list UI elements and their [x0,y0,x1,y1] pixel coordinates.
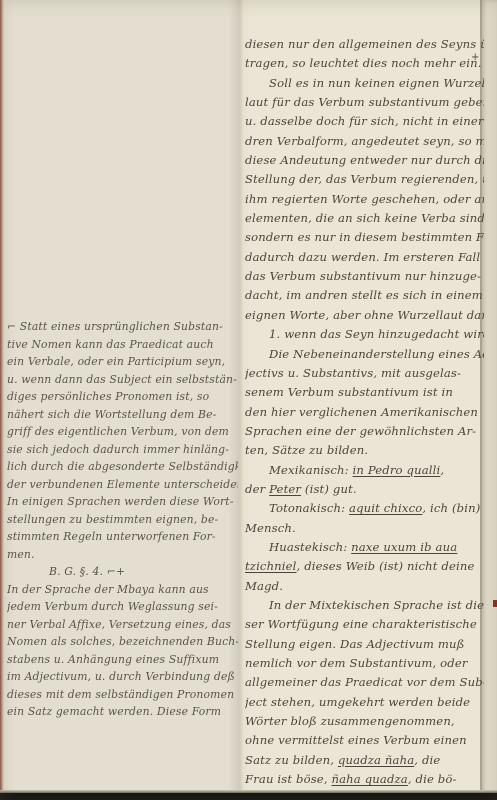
manuscript-line: lich durch die abgesonderte Selbständigk… [7,458,238,476]
manuscript-line: jectivs u. Substantivs, mit ausgelas- [245,364,484,383]
manuscript-line: ein Satz gemacht werden. Diese Form [7,703,238,721]
manuscript-line: stellungen zu bestimmten eignen, be- [7,511,238,529]
manuscript-line: den hier verglichenen Amerikanischen [245,403,484,422]
manuscript-line: stimmten Regeln unterworfenen For- [7,528,238,546]
manuscript-line: ⌐ Statt eines ursprünglichen Substan- [7,318,238,336]
manuscript-line: tive Nomen kann das Praedicat auch [7,336,238,354]
manuscript-line: griff des eigentlichen Verbum, von dem [7,423,238,441]
underlined-phrase: naxe uxum ib aua [351,540,457,554]
manuscript-line: eignen Worte, aber ohne Wurzellaut dar. [245,306,484,325]
underlined-phrase: ñaha quadza [332,772,408,786]
bottom-photo-edge [0,793,497,800]
manuscript-line: ten, Sätze zu bilden. [245,441,484,460]
manuscript-line: Stellung der, das Verbum regierenden, u.… [245,170,484,189]
manuscript-line: Frau ist böse, ñaha quadza, die bö- [245,770,484,789]
manuscript-line: B. G. §. 4. ⌐+ [7,563,238,581]
manuscript-line: men. [7,546,238,564]
manuscript-line: ner Verbal Affixe, Versetzung eines, das [7,616,238,634]
page-edge-strip [482,0,497,794]
manuscript-line: senem Verbum substantivum ist in [245,383,484,402]
manuscript-line: sondern es nur in diesem bestimmten Fall [245,228,484,247]
red-binding-tick [493,600,497,607]
manuscript-line: Totonakisch: aquit chixco, ich (bin) [245,499,484,518]
manuscript-line: jedem Verbum durch Weglassung sei- [7,598,238,616]
underlined-phrase: in Pedro qualli [353,463,441,477]
right-column-text: diesen nur den allgemeinen des Seyns übe… [245,35,484,793]
manuscript-line: der Peter (ist) gut. [245,480,484,499]
manuscript-line: In einigen Sprachen werden diese Wort- [7,493,238,511]
manuscript-line: Die Nebeneinanderstellung eines Ad- [245,345,484,364]
manuscript-line: dadurch dazu werden. Im ersteren Fall wi… [245,248,484,267]
manuscript-line: u. wenn dann das Subject ein selbststän- [7,371,238,389]
manuscript-line: Sprachen eine der gewöhnlichsten Ar- [245,422,484,441]
manuscript-line: diges persönliches Pronomen ist, so [7,388,238,406]
manuscript-line: In der Sprache der Mbaya kann aus [7,581,238,599]
manuscript-line: allgemeiner das Praedicat vor dem Sub- [245,673,484,692]
manuscript-line: das Verbum substantivum nur hinzuge- [245,267,484,286]
manuscript-line: dacht, im andren stellt es sich in einem [245,286,484,305]
manuscript-line: Wörter bloß zusammengenommen, [245,712,484,731]
manuscript-line: dieses mit dem selbständigen Pronomen [7,686,238,704]
manuscript-line: ject stehen, umgekehrt werden beide [245,693,484,712]
manuscript-line: 1. wenn das Seyn hinzugedacht wird. [245,325,484,344]
manuscript-line: ihm regierten Worte geschehen, oder an S… [245,190,484,209]
underlined-phrase: Peter [269,482,301,496]
manuscript-line: Huastekisch: naxe uxum ib aua [245,538,484,557]
manuscript-line: u. dasselbe doch für sich, nicht in eine… [245,112,484,131]
manuscript-line: stabens u. Anhängung eines Suffixum [7,651,238,669]
underlined-phrase: aquit chixco [349,501,422,515]
manuscript-line: im Adjectivum, u. durch Verbindung deß [7,668,238,686]
manuscript-line: elementen, die an sich keine Verba sind, [245,209,484,228]
manuscript-line: Stellung eigen. Das Adjectivum muß [245,635,484,654]
manuscript-line: diese Andeutung entweder nur durch die [245,151,484,170]
manuscript-line: Mensch. [245,519,484,538]
manuscript-line: ein Verbale, oder ein Participium seyn, [7,353,238,371]
manuscript-line: dren Verbalform, angedeutet seyn, so muß [245,132,484,151]
manuscript-line: der verbundenen Elemente unterscheidet. [7,476,238,494]
manuscript-line: laut für das Verbum substantivum geben [245,93,484,112]
manuscript-line: tzichniel, dieses Weib (ist) nicht deine [245,557,484,576]
manuscript-line: Satz zu bilden, quadza ñaha, die [245,751,484,770]
manuscript-line: diesen nur den allgemeinen des Seyns übe… [245,35,484,54]
manuscript-line: In der Mixtekischen Sprache ist die- [245,596,484,615]
manuscript-line: Mexikanisch: in Pedro qualli, [245,461,484,480]
manuscript-line: ser Wortfügung eine charakteristische [245,615,484,634]
underlined-phrase: quadza ñaha [338,753,414,767]
manuscript-line: nemlich vor dem Substantivum, oder [245,654,484,673]
manuscript-photo: ⌐ Statt eines ursprünglichen Substan-tiv… [0,0,497,800]
book-spine-edge [0,0,4,800]
left-column-text: ⌐ Statt eines ursprünglichen Substan-tiv… [7,318,238,730]
underlined-phrase: tzichniel [245,559,297,573]
manuscript-line: sie sich jedoch dadurch immer hinläng- [7,441,238,459]
manuscript-line: Soll es in nun keinen eignen Wurzel- [245,74,484,93]
manuscript-line: nähert sich die Wortstellung dem Be- [7,406,238,424]
manuscript-line: Nomen als solches, bezeichnenden Buch- [7,633,238,651]
manuscript-line: tragen, so leuchtet dies noch mehr ein. [245,54,484,73]
manuscript-line: ohne vermittelst eines Verbum einen [245,731,484,750]
margin-plus-mark: + [471,52,479,63]
manuscript-line: Magd. [245,577,484,596]
